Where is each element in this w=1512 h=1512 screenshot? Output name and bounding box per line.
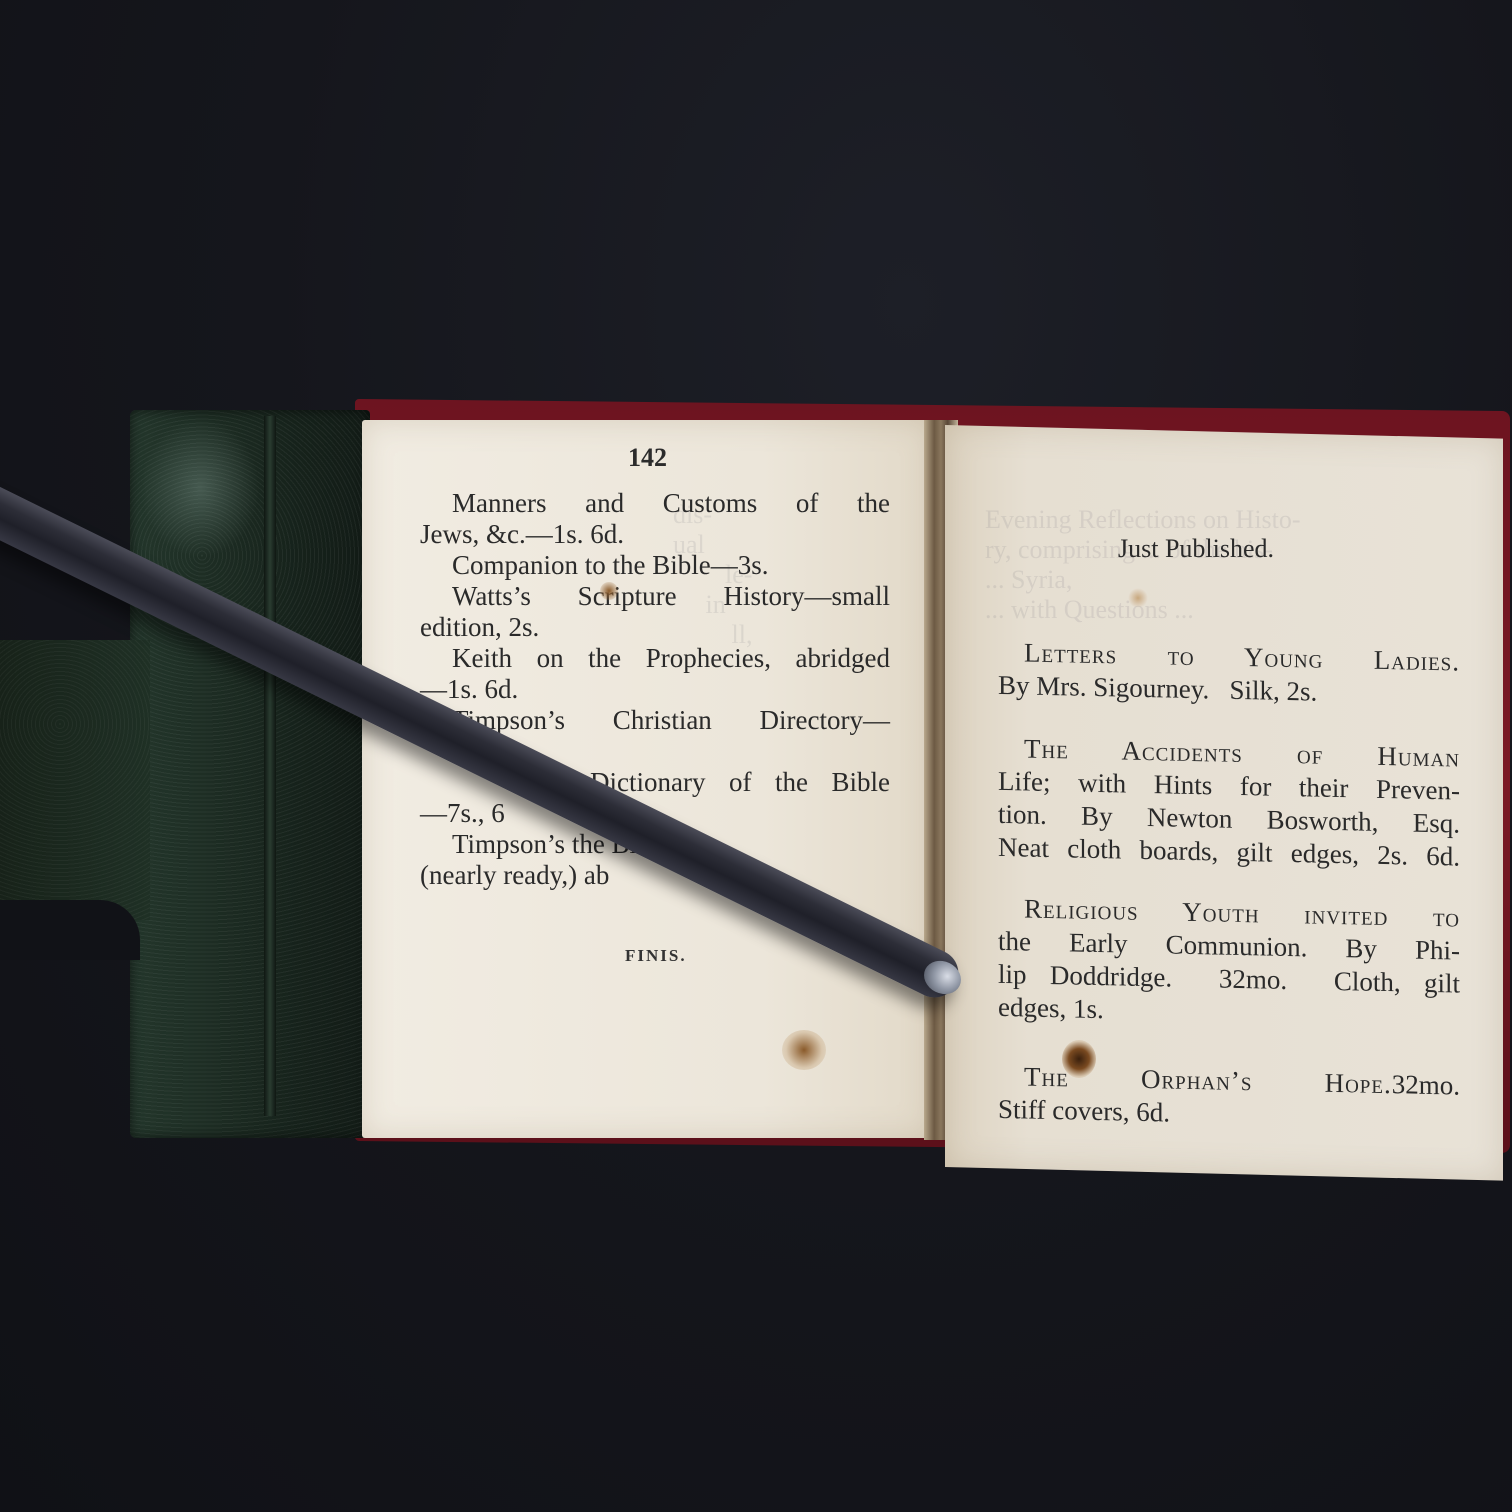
green-leather-cover [130, 410, 370, 1138]
text-line: (nearly ready,) ab [420, 860, 890, 891]
clasp-cutout [0, 900, 140, 960]
foxing-stain [600, 582, 618, 600]
right-page-text: Letters to Young Ladies. By Mrs. Sigourn… [0, 0, 1512, 32]
text-line: Manners and Customs of the [420, 488, 890, 519]
cover-hinge-groove [264, 416, 276, 1116]
leather-highlight [140, 418, 260, 558]
foxing-stain [782, 1030, 826, 1070]
entry-format: 32mo. [1392, 1069, 1460, 1101]
book-entry-letters: Letters to Young Ladies. By Mrs. Sigourn… [998, 637, 1460, 713]
text-line: Keith on the Prophecies, abridged [420, 643, 890, 674]
page-number: 142 [628, 443, 667, 473]
burn-stain [1062, 1040, 1096, 1078]
finis-label: FINIS. [625, 946, 687, 966]
text-line: Watts’s Scripture History—small [420, 581, 890, 612]
text-line: —1s. 6d. [420, 674, 890, 705]
just-published-heading: Just Published. [1118, 534, 1274, 564]
book-entry-religious-youth: Religious Youth invited to the Early Com… [998, 893, 1460, 1035]
photo-scene: dis- ual le- in [0, 0, 1512, 1512]
book-entry-accidents: The Accidents of Human Life; with Hints … [998, 733, 1460, 875]
text-line: edition, 2s. [420, 612, 890, 643]
text-line: Jews, &c.—1s. 6d. [420, 519, 890, 550]
text-line: Companion to the Bible—3s. [420, 550, 890, 581]
foxing-stain [1128, 588, 1148, 608]
cover-clasp-flap [0, 640, 150, 920]
